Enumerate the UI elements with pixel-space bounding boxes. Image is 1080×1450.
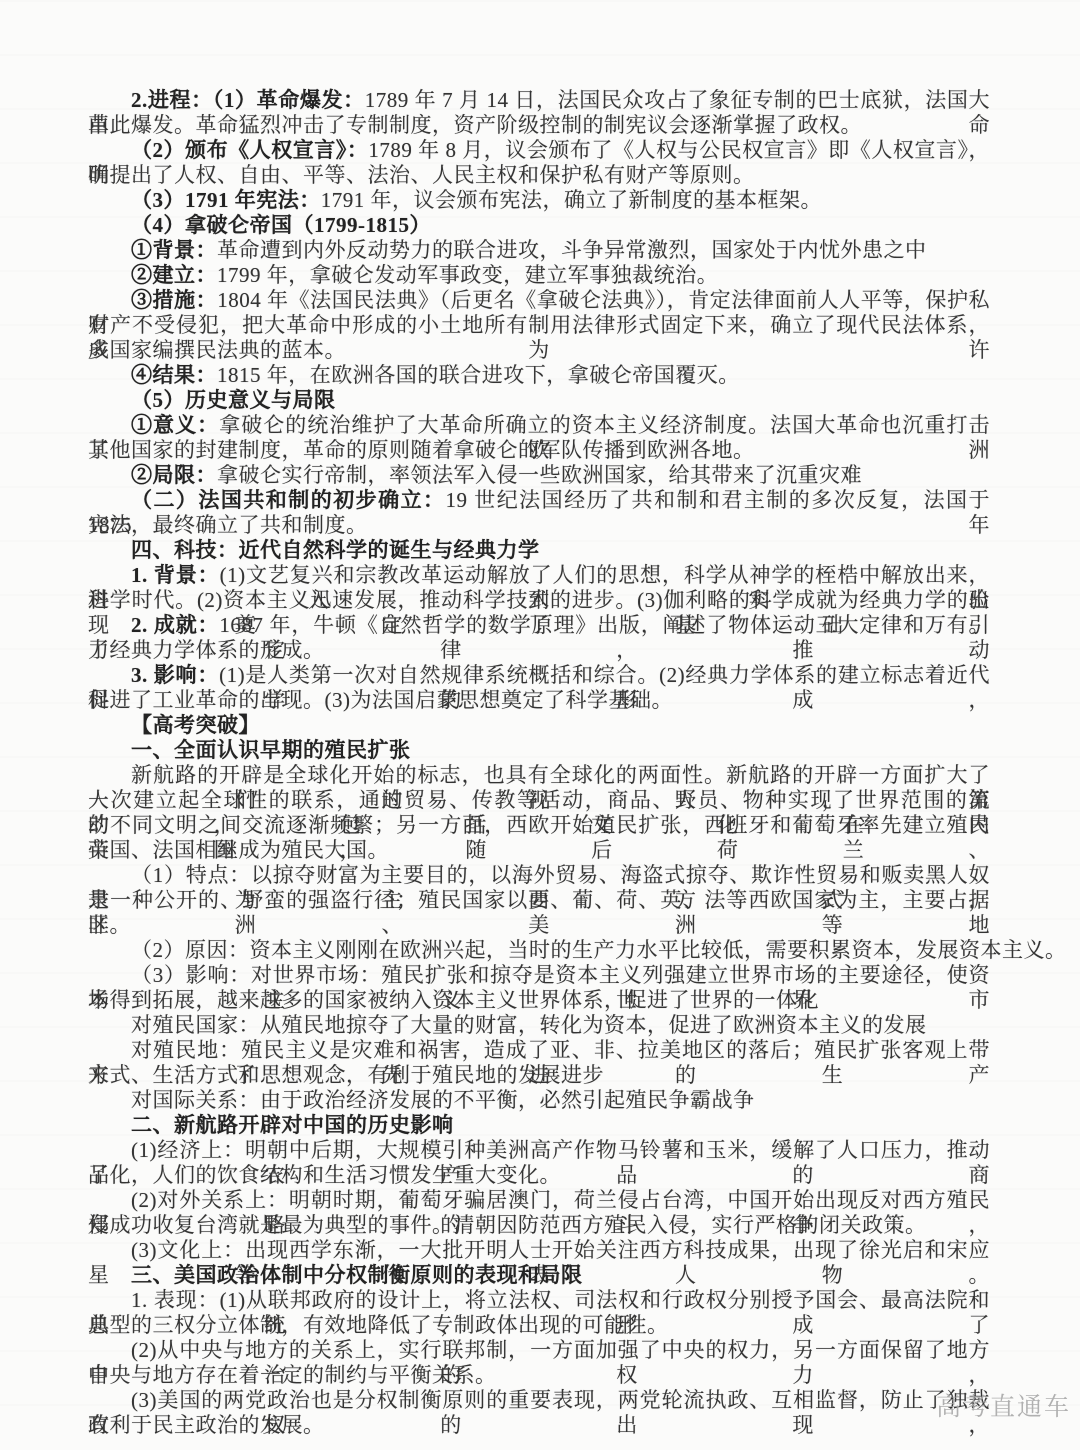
text-line: 二、新航路开辟对中国的历史影响 <box>88 1113 990 1138</box>
text-line: 一次建立起全球性的联系，通过贸易、传教等活动，商品、人员、物种实现了世界范围的流… <box>88 788 990 813</box>
text-line: 1. 表现：(1)从联邦政府的设计上，将立法权、司法权和行政权分别授予国会、最高… <box>88 1288 990 1313</box>
text-line: 科学时代。(2)资本主义迅速发展，推动科学技术的进步。(3)伽利略的科学成就为经… <box>88 588 990 613</box>
text-segment-bold: ①意义： <box>131 413 219 437</box>
text-line: (1)经济上：明朝中后期，大规模引种美洲高产作物马铃薯和玉米，缓解了人口压力，推… <box>88 1138 990 1163</box>
text-segment: 区。 <box>88 913 131 937</box>
text-line: 新航路的开辟是全球化开始的标志，也具有全球化的两面性。新航路的开辟一方面扩大了人… <box>88 763 990 788</box>
text-line: 一、全面认识早期的殖民扩张 <box>88 738 990 763</box>
text-line: （3）影响：对世界市场：殖民扩张和掠夺是资本主义列强建立世界市场的主要途径，使资… <box>88 963 990 988</box>
text-segment-bold: 【高考突破】 <box>131 713 260 737</box>
text-segment: 典型的三权分立体制，有效地降低了专制政体出现的可能性。 <box>88 1313 669 1337</box>
text-segment: 革命遭到内外反动势力的联合进攻，斗争异常激烈，国家处于内忧外患之中 <box>217 238 927 262</box>
text-segment-bold: （4）拿破仑帝国（1799-1815） <box>131 213 431 237</box>
text-line: 由此爆发。革命猛烈冲击了专制制度，资产阶级控制的制宪议会逐渐掌握了政权。 <box>88 113 990 138</box>
document-body: 2.进程：（1）革命爆发：1789 年 7 月 14 日，法国民众攻占了象征专制… <box>88 88 990 1438</box>
text-line: ③措施：1804 年《法国民法典》（后更名《拿破仑法典》），肯定法律面前人人平等… <box>88 288 990 313</box>
text-line: （4）拿破仑帝国（1799-1815） <box>88 213 990 238</box>
text-line: ④结果：1815 年，在欧洲各国的联合进攻下，拿破仑帝国覆灭。 <box>88 363 990 388</box>
text-segment: 促进了工业革命的出现。(3)为法国启蒙思想奠定了科学基础。 <box>88 688 673 712</box>
text-line: ①背景：革命遭到内外反动势力的联合进攻，斗争异常激烈，国家处于内忧外患之中 <box>88 238 990 263</box>
text-segment: 拿破仑实行帝制，率领法军入侵一些欧洲国家，给其带来了沉重灾难 <box>217 463 862 487</box>
text-segment-bold: 一、全面认识早期的殖民扩张 <box>131 738 411 762</box>
text-segment-bold: ④结果： <box>131 363 217 387</box>
text-segment: 场得到拓展，越来越多的国家被纳入资本主义世界体系，促进了世界的一体化 <box>88 988 819 1012</box>
text-line: (2)从中央与地方的关系上，实行联邦制，一方面加强了中央的权力，另一方面保留了地… <box>88 1338 990 1363</box>
text-segment: 确提出了人权、自由、平等、法治、人民主权和保护私有财产等原则。 <box>88 163 755 187</box>
text-segment-bold: 四、科技：近代自然科学的诞生与经典力学 <box>131 538 540 562</box>
text-segment: 1799 年，拿破仑发动军事政变，建立军事独裁统治。 <box>217 263 718 287</box>
text-segment: 了经典力学体系的形成。 <box>88 638 325 662</box>
text-line: 郑成功收复台湾就是最为典型的事件。清朝因防范西方殖民入侵，实行严格的闭关政策。 <box>88 1213 990 1238</box>
text-segment: 方式、生活方式和思想观念，有利于殖民地的发展进步 <box>88 1063 604 1087</box>
text-segment: 中央与地方存在着一定的制约与平衡关系。 <box>88 1363 497 1387</box>
text-segment-bold: ①背景： <box>131 238 217 262</box>
text-line: （二）法国共和制的初步确立：19 世纪法国经历了共和制和君主制的多次反复，法国于… <box>88 488 990 513</box>
text-segment: 郑成功收复台湾就是最为典型的事件。清朝因防范西方殖民入侵，实行严格的闭关政策。 <box>88 1213 927 1237</box>
text-line: ②局限：拿破仑实行帝制，率领法军入侵一些欧洲国家，给其带来了沉重灾难 <box>88 463 990 488</box>
text-line: 2. 成就：1687 年，牛顿《自然哲学的数学原理》出版，阐述了物体运动三大定律… <box>88 613 990 638</box>
text-segment: 1791 年，议会颁布宪法，确立了新制度的基本框架。 <box>321 188 822 212</box>
text-segment-bold: ②局限： <box>131 463 217 487</box>
text-segment-bold: （二）法国共和制的初步确立： <box>131 488 446 512</box>
text-line: 对殖民国家：从殖民地掠夺了大量的财富，转化为资本，促进了欧洲资本主义的发展 <box>88 1013 990 1038</box>
text-segment: 对国际关系：由于政治经济发展的不平衡，必然引起殖民争霸战争 <box>131 1088 755 1112</box>
document-page: 2.进程：（1）革命爆发：1789 年 7 月 14 日，法国民众攻占了象征专制… <box>0 0 1080 1450</box>
text-line: (3)文化上：出现西学东渐，一大批开明人士开始关注西方科技成果，出现了徐光启和宋… <box>88 1238 990 1263</box>
text-segment: 其他国家的封建制度，革命的原则随着拿破仑的军队传播到欧洲各地。 <box>88 438 755 462</box>
text-line: 的不同文明之间交流逐渐频繁；另一方面，西欧开始殖民扩张，西班牙和葡萄牙率先建立殖… <box>88 813 990 838</box>
text-segment: 英国、法国相继成为殖民大国。 <box>88 838 389 862</box>
text-segment: 宪法，最终确立了共和制度。 <box>88 513 368 537</box>
text-segment-bold: （2）颁布《人权宣言》： <box>131 138 368 162</box>
text-line: 是一种公开的、野蛮的强盗行径；殖民国家以西、葡、荷、英、法等西欧国家为主，主要占… <box>88 888 990 913</box>
text-segment-bold: 二、新航路开辟对中国的历史影响 <box>131 1113 454 1137</box>
text-line: 四、科技：近代自然科学的诞生与经典力学 <box>88 538 990 563</box>
watermark: 高考直通车 <box>936 1394 1071 1422</box>
text-segment-bold: ②建立： <box>131 263 217 287</box>
text-segment: 是一种公开的、野蛮的强盗行径；殖民国家以西、葡、荷、英、法等西欧国家为主，主要占… <box>88 888 990 937</box>
text-line: （5）历史意义与局限 <box>88 388 990 413</box>
text-segment: 多国家编撰民法典的蓝本。 <box>88 338 346 362</box>
text-segment-bold: 1. 背景： <box>131 563 220 587</box>
text-segment: 品化，人们的饮食结构和生活习惯发生重大变化。 <box>88 1163 561 1187</box>
text-segment-bold: 3. 影响： <box>131 663 219 687</box>
text-segment: （2）原因：资本主义刚刚在欧洲兴起，当时的生产力水平比较低，需要积累资本，发展资… <box>131 938 1067 962</box>
text-segment-bold: ③措施： <box>131 288 217 312</box>
text-segment-bold: （3）1791 年宪法： <box>131 188 321 212</box>
text-segment-bold: 2.进程：（1）革命爆发： <box>131 88 365 112</box>
text-line: (2)对外关系上：明朝时期，葡萄牙骗居澳门，荷兰侵占台湾，中国开始出现反对西方殖… <box>88 1188 990 1213</box>
text-line: 对殖民地：殖民主义是灾难和祸害，造成了亚、非、拉美地区的落后；殖民扩张客观上带来… <box>88 1038 990 1063</box>
text-segment-bold: （5）历史意义与局限 <box>131 388 336 412</box>
text-line: （1）特点：以掠夺财富为主要目的，以海外贸易、海盗式掠夺、欺诈性贸易和贩卖黑人奴… <box>88 863 990 888</box>
text-line: 对国际关系：由于政治经济发展的不平衡，必然引起殖民争霸战争 <box>88 1088 990 1113</box>
text-line: 【高考突破】 <box>88 713 990 738</box>
text-line: （2）原因：资本主义刚刚在欧洲兴起，当时的生产力水平比较低，需要积累资本，发展资… <box>88 938 990 963</box>
text-segment: 由此爆发。革命猛烈冲击了专制制度，资产阶级控制的制宪议会逐渐掌握了政权。 <box>88 113 862 137</box>
text-segment-bold: 三、美国政治体制中分权制衡原则的表现和局限 <box>131 1263 583 1287</box>
text-segment: 对殖民国家：从殖民地掠夺了大量的财富，转化为资本，促进了欧洲资本主义的发展 <box>131 1013 927 1037</box>
text-line: 财产不受侵犯，把大革命中形成的小土地所有制用法律形式固定下来，确立了现代民法体系… <box>88 313 990 338</box>
text-segment: 有利于民主政治的发展。 <box>88 1413 325 1437</box>
text-line: 3. 影响：(1)是人类第一次对自然规律系统概括和综合。(2)经典力学体系的建立… <box>88 663 990 688</box>
text-line: ②建立：1799 年，拿破仑发动军事政变，建立军事独裁统治。 <box>88 263 990 288</box>
text-line: ①意义：拿破仑的统治维护了大革命所确立的资本主义经济制度。法国大革命也沉重打击了… <box>88 413 990 438</box>
text-line: 1. 背景：(1)文艺复兴和宗教改革运动解放了人们的思想，科学从神学的桎梏中解放… <box>88 563 990 588</box>
text-segment: 1815 年，在欧洲各国的联合进攻下，拿破仑帝国覆灭。 <box>217 363 740 387</box>
text-line: （2）颁布《人权宣言》：1789 年 8 月，议会颁布了《人权与公民权宣言》即《… <box>88 138 990 163</box>
text-line: 确提出了人权、自由、平等、法治、人民主权和保护私有财产等原则。 <box>88 163 990 188</box>
text-line: 2.进程：（1）革命爆发：1789 年 7 月 14 日，法国民众攻占了象征专制… <box>88 88 990 113</box>
text-line: （3）1791 年宪法：1791 年，议会颁布宪法，确立了新制度的基本框架。 <box>88 188 990 213</box>
text-segment-bold: 2. 成就： <box>131 613 219 637</box>
text-line: (3)美国的两党政治也是分权制衡原则的重要表现，两党轮流执政、互相监督，防止了独… <box>88 1388 990 1413</box>
